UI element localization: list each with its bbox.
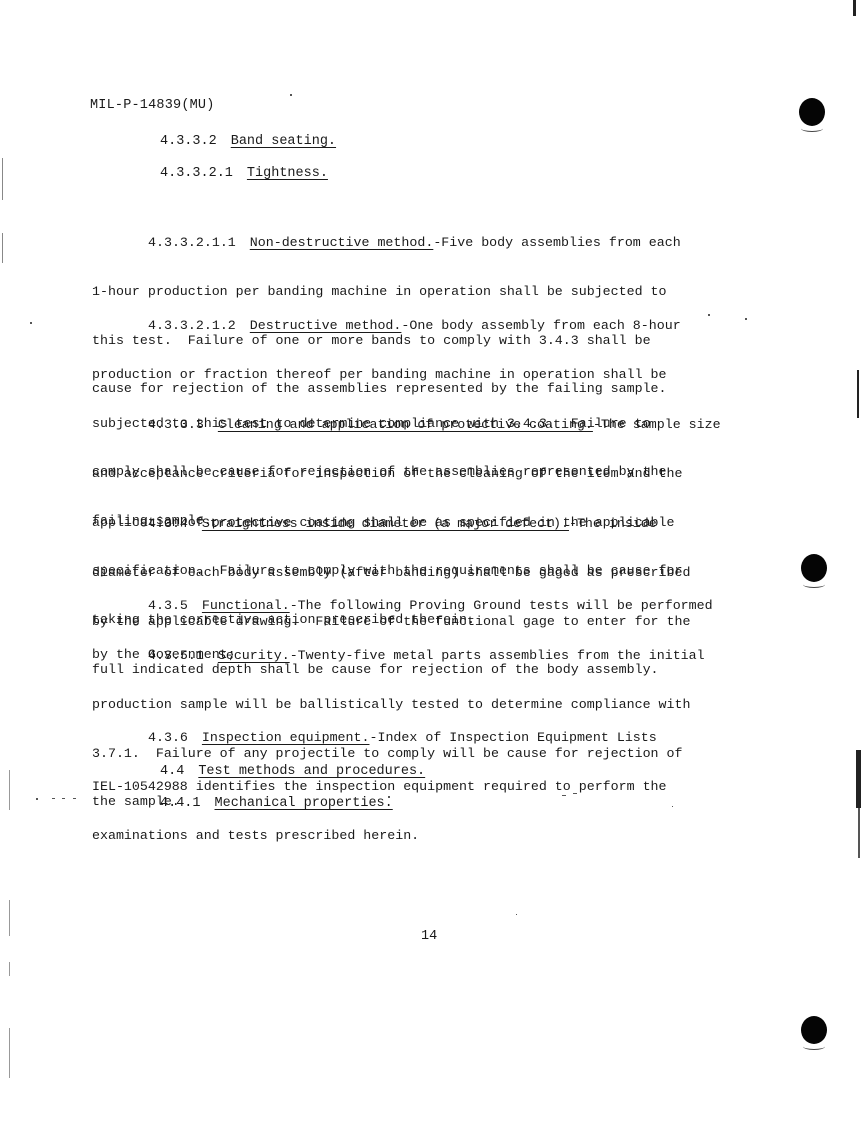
section-title: Test methods and procedures. xyxy=(198,764,425,779)
section-number: 4.3.4 xyxy=(148,516,188,531)
body-line: examinations and tests prescribed herein… xyxy=(92,828,732,844)
scan-speck xyxy=(36,798,38,800)
scan-speck xyxy=(745,318,747,320)
section-title: Inspection equipment. xyxy=(202,730,370,745)
scanned-document-page: MIL-P-14839(MU) 4.3.3.2Band seating. 4.3… xyxy=(0,0,864,1137)
section-lead-text: -Twenty-five metal parts assemblies from… xyxy=(290,648,705,663)
section-number: 4.4 xyxy=(160,764,184,779)
section-4-3-6: 4.3.6Inspection equipment.-Index of Insp… xyxy=(92,698,732,876)
section-lead-text: -The sample size xyxy=(593,417,721,432)
body-line: and acceptance criteria for inspection o… xyxy=(92,466,732,482)
scan-speck xyxy=(30,322,32,324)
section-lead-text: -One body assembly from each 8-hour xyxy=(401,318,680,333)
scan-edge-mark xyxy=(9,1028,10,1078)
scan-speck xyxy=(290,94,292,96)
punch-hole-icon xyxy=(801,554,827,582)
section-title: Security. xyxy=(218,648,290,663)
scan-edge-mark xyxy=(857,370,859,418)
section-lead-text: -Five body assemblies from each xyxy=(433,235,680,250)
scan-edge-mark xyxy=(9,770,10,810)
punch-hole-icon xyxy=(801,1016,827,1044)
section-number: 4.3.6 xyxy=(148,730,188,745)
section-lead-text: -The inside xyxy=(569,516,657,531)
scan-edge-mark xyxy=(2,233,3,263)
scan-edge-mark xyxy=(853,0,856,16)
scan-edge-mark xyxy=(9,900,10,936)
section-title: Destructive method. xyxy=(250,318,402,333)
section-number: 4.4.1 xyxy=(160,796,201,811)
section-heading-4-4-1: 4.4.1Mechanical properties. xyxy=(160,796,393,811)
section-title: Non-destructive method. xyxy=(250,235,434,250)
section-number: 4.3.3.2 xyxy=(160,134,217,149)
body-line: IEL-10542988 identifies the inspection e… xyxy=(92,779,732,795)
body-line: production or fraction thereof per bandi… xyxy=(92,367,732,383)
scan-speck xyxy=(562,795,566,796)
section-number: 4.3.3.2.1.1 xyxy=(148,235,236,250)
section-title: Functional. xyxy=(202,598,290,613)
scan-speck xyxy=(62,798,65,799)
scan-edge-mark xyxy=(858,808,860,858)
document-identifier: MIL-P-14839(MU) xyxy=(90,98,215,113)
scan-edge-mark xyxy=(856,750,861,808)
scan-speck xyxy=(672,806,673,807)
section-title: Band seating. xyxy=(231,134,336,149)
section-heading-4-3-3-2: 4.3.3.2Band seating. xyxy=(160,134,336,149)
scan-speck xyxy=(516,914,517,915)
section-number: 4.3.3.2.1.2 xyxy=(148,318,236,333)
scan-speck xyxy=(388,796,390,798)
section-heading-4-3-3-2-1: 4.3.3.2.1Tightness. xyxy=(160,166,328,181)
section-title: Tightness. xyxy=(247,166,328,181)
section-lead-text: -Index of Inspection Equipment Lists xyxy=(369,730,656,745)
scan-speck xyxy=(708,314,710,316)
section-lead-text: -The following Proving Ground tests will… xyxy=(290,598,713,613)
section-heading-4-4: 4.4Test methods and procedures. xyxy=(160,764,425,779)
section-number: 4.3.3.3 xyxy=(148,417,204,432)
scan-speck xyxy=(73,798,76,799)
section-title: Mechanical properties. xyxy=(215,796,393,811)
section-title: Cleaning and application of protective c… xyxy=(218,417,593,432)
scan-edge-mark xyxy=(9,962,10,976)
page-number: 14 xyxy=(421,929,437,944)
punch-hole-icon xyxy=(799,98,825,126)
scan-edge-mark xyxy=(2,158,3,200)
scan-speck xyxy=(52,798,55,799)
scan-speck xyxy=(573,793,577,794)
section-title: Straightness inside diameter (a major de… xyxy=(202,516,569,531)
section-number: 4.3.3.2.1 xyxy=(160,166,233,181)
section-number: 4.3.5 xyxy=(148,598,188,613)
section-number: 4.3.5.1 xyxy=(148,648,204,663)
